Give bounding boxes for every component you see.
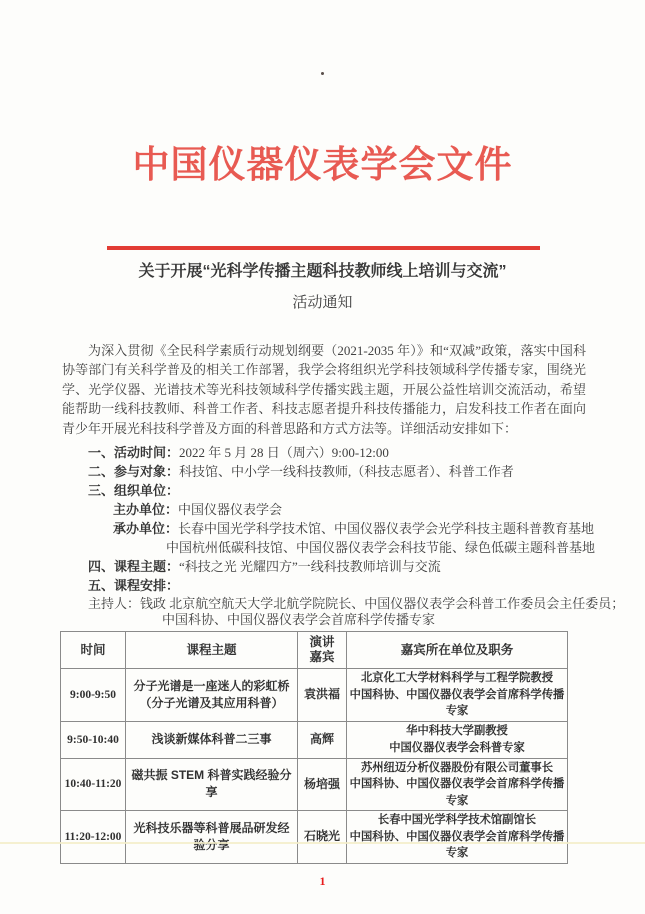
list-item-label: 五、课程安排： [88, 578, 179, 593]
list-item-schedule: 五、课程安排： [88, 576, 586, 595]
list-item-label: 一、活动时间： [88, 445, 179, 460]
list-item-audience: 二、参与对象：科技馆、中小学一线科技教师,（科技志愿者）、科普工作者 [88, 462, 586, 481]
notice-title-line2: 活动通知 [0, 291, 645, 312]
cell-org-line1: 长春中国光学科学技术馆副馆长 [349, 812, 565, 829]
list-item-text: 2022 年 5 月 28 日（周六）9:00-12:00 [179, 445, 389, 460]
header-topic: 课程主题 [126, 632, 298, 669]
cell-topic: 磁共振 STEM 科普实践经验分享 [126, 758, 298, 811]
cell-time: 11:20-12:00 [61, 811, 126, 864]
cell-topic-line1: 磁共振 STEM 科普实践经验分享 [128, 767, 295, 801]
document-body: 为深入贯彻《全民科学素质行动规划纲要（2021-2035 年）》和“双减”政策，… [62, 341, 586, 864]
cell-time: 10:40-11:20 [61, 758, 126, 811]
list-item-text: “科技之光 光耀四方”一线科技教师培训与交流 [179, 559, 441, 574]
cell-org: 长春中国光学科学技术馆副馆长 中国科协、中国仪器仪表学会首席科学传播专家 [347, 811, 568, 864]
schedule-table: 时间 课程主题 演讲 嘉宾 嘉宾所在单位及职务 9:00-9:50 分子光谱是一… [60, 631, 568, 864]
cell-org-line1: 北京化工大学材料科学与工程学院教授 [349, 670, 565, 687]
cell-org-line1: 华中科技大学副教授 [349, 723, 565, 740]
page-number: 1 [0, 874, 645, 889]
moderator-line1: 主持人：钱政 北京航空航天大学北航学院院长、中国仪器仪表学会科普工作委员会主任委… [88, 597, 586, 611]
letterhead-title: 中国仪器仪表学会文件 [0, 134, 645, 188]
list-item-time: 一、活动时间：2022 年 5 月 28 日（周六）9:00-12:00 [88, 443, 586, 462]
moderator-label: 主持人： [88, 596, 140, 611]
list-item-label: 二、参与对象： [88, 464, 179, 479]
scan-speck-artifact [321, 72, 324, 75]
agenda-list: 一、活动时间：2022 年 5 月 28 日（周六）9:00-12:00 二、参… [62, 443, 586, 595]
cell-topic: 光科技乐器等科普展品研发经验分享 [126, 811, 298, 864]
cell-org: 华中科技大学副教授 中国仪器仪表学会科普专家 [347, 721, 568, 758]
cell-topic-line2: （分子光谱及其应用科普） [128, 695, 295, 712]
cell-speaker: 杨培强 [298, 758, 347, 811]
cell-topic-line1: 分子光谱是一座迷人的彩虹桥 [128, 678, 295, 695]
intro-paragraph: 为深入贯彻《全民科学素质行动规划纲要（2021-2035 年）》和“双减”政策，… [62, 341, 586, 438]
list-item-label: 承办单位： [113, 521, 178, 536]
moderator-text: 钱政 北京航空航天大学北航学院院长、中国仪器仪表学会科普工作委员会主任委员； [140, 596, 624, 611]
notice-title-line1: 关于开展“光科学传播主题科技教师线上培训与交流” [0, 258, 645, 281]
list-item-label: 主办单位： [113, 502, 178, 517]
cell-speaker: 石晓光 [298, 811, 347, 864]
header-org: 嘉宾所在单位及职务 [347, 632, 568, 669]
list-item-text: 长春中国光学科学技术馆、中国仪器仪表学会光学科技主题科普教育基地 [178, 521, 594, 536]
moderator-line2: 中国科协、中国仪器仪表学会首席科学传播专家 [162, 613, 586, 627]
cell-org-line2: 中国仪器仪表学会科普专家 [349, 740, 565, 757]
cell-speaker: 袁洪福 [298, 669, 347, 722]
header-speaker: 演讲 嘉宾 [298, 632, 347, 669]
list-item-text: 科技馆、中小学一线科技教师,（科技志愿者）、科普工作者 [179, 464, 514, 479]
document-page: 中国仪器仪表学会文件 关于开展“光科学传播主题科技教师线上培训与交流” 活动通知… [0, 0, 645, 914]
moderator-block: 主持人：钱政 北京航空航天大学北航学院院长、中国仪器仪表学会科普工作委员会主任委… [62, 597, 586, 626]
cell-org-line2: 中国科协、中国仪器仪表学会首席科学传播专家 [349, 776, 565, 809]
list-item-text: 中国杭州低碳科技馆、中国仪器仪表学会科技节能、绿色低碳主题科普基地 [166, 540, 595, 555]
cell-time: 9:00-9:50 [61, 669, 126, 722]
list-item-organizers: 三、组织单位： [88, 481, 586, 500]
cell-org-line1: 苏州纽迈分析仪器股份有限公司董事长 [349, 760, 565, 777]
table-row: 10:40-11:20 磁共振 STEM 科普实践经验分享 杨培强 苏州纽迈分析… [61, 758, 568, 811]
list-item-text: 中国仪器仪表学会 [178, 502, 282, 517]
list-item-label: 四、课程主题： [88, 559, 179, 574]
cell-org-line2: 中国科协、中国仪器仪表学会首席科学传播专家 [349, 829, 565, 862]
cell-org: 苏州纽迈分析仪器股份有限公司董事长 中国科协、中国仪器仪表学会首席科学传播专家 [347, 758, 568, 811]
header-speaker-line2: 嘉宾 [300, 650, 344, 665]
cell-org: 北京化工大学材料科学与工程学院教授 中国科协、中国仪器仪表学会首席科学传播专家 [347, 669, 568, 722]
cell-topic: 分子光谱是一座迷人的彩虹桥 （分子光谱及其应用科普） [126, 669, 298, 722]
cell-topic-line1: 浅谈新媒体科普二三事 [128, 731, 295, 748]
list-item-cohost: 承办单位：长春中国光学科学技术馆、中国仪器仪表学会光学科技主题科普教育基地 [113, 519, 586, 538]
list-item-cohost-cont: 中国杭州低碳科技馆、中国仪器仪表学会科技节能、绿色低碳主题科普基地 [166, 538, 586, 557]
header-speaker-line1: 演讲 [300, 635, 344, 650]
table-header-row: 时间 课程主题 演讲 嘉宾 嘉宾所在单位及职务 [61, 632, 568, 669]
scan-artifact-line [0, 842, 645, 844]
cell-time: 9:50-10:40 [61, 721, 126, 758]
cell-speaker: 高辉 [298, 721, 347, 758]
list-item-theme: 四、课程主题：“科技之光 光耀四方”一线科技教师培训与交流 [88, 557, 586, 576]
cell-org-line2: 中国科协、中国仪器仪表学会首席科学传播专家 [349, 687, 565, 720]
cell-topic-line1: 光科技乐器等科普展品研发经验分享 [128, 820, 295, 854]
table-row: 11:20-12:00 光科技乐器等科普展品研发经验分享 石晓光 长春中国光学科… [61, 811, 568, 864]
header-time: 时间 [61, 632, 126, 669]
list-item-host: 主办单位：中国仪器仪表学会 [113, 500, 586, 519]
cell-topic: 浅谈新媒体科普二三事 [126, 721, 298, 758]
list-item-label: 三、组织单位： [88, 483, 179, 498]
table-row: 9:50-10:40 浅谈新媒体科普二三事 高辉 华中科技大学副教授 中国仪器仪… [61, 721, 568, 758]
table-row: 9:00-9:50 分子光谱是一座迷人的彩虹桥 （分子光谱及其应用科普） 袁洪福… [61, 669, 568, 722]
letterhead-rule [107, 246, 540, 250]
